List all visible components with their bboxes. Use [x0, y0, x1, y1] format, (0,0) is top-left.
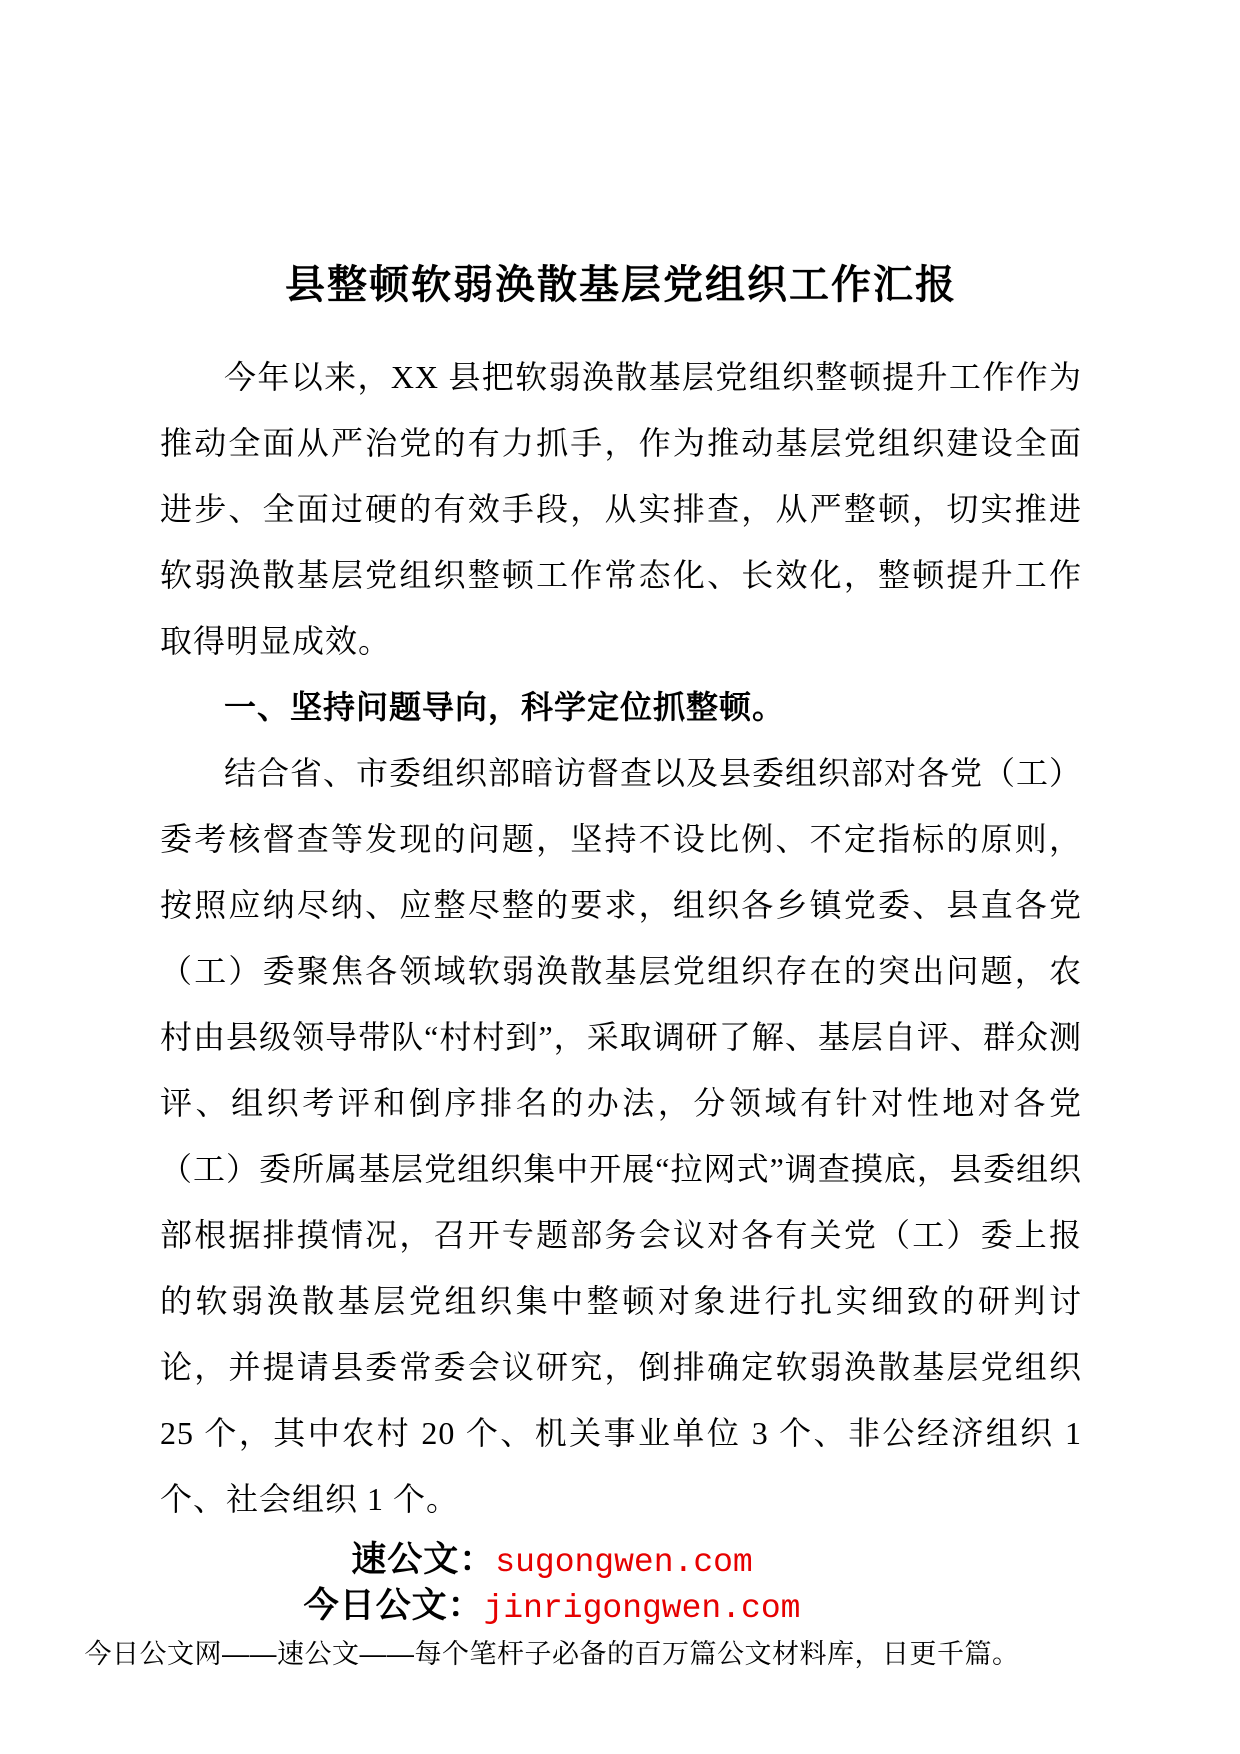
- sugongwen-label: 速公文：: [351, 1540, 495, 1579]
- document-page: 县整顿软弱涣散基层党组织工作汇报 今年以来，XX 县把软弱涣散基层党组织整顿提升…: [0, 0, 1240, 1754]
- paragraph-intro: 今年以来，XX 县把软弱涣散基层党组织整顿提升工作作为推动全面从严治党的有力抓手…: [160, 344, 1082, 674]
- sugongwen-link[interactable]: sugongwen.com: [495, 1544, 752, 1581]
- section-heading-1: 一、坚持问题导向，科学定位抓整顿。: [160, 674, 1082, 740]
- footer-site-line-jinrigongwen: 今日公文：jinrigongwen.com: [0, 1584, 1104, 1630]
- document-body: 县整顿软弱涣散基层党组织工作汇报 今年以来，XX 县把软弱涣散基层党组织整顿提升…: [160, 262, 1082, 1532]
- paragraph-section-1: 结合省、市委组织部暗访督查以及县委组织部对各党（工）委考核督查等发现的问题，坚持…: [160, 740, 1082, 1532]
- jinrigongwen-label: 今日公文：: [304, 1586, 484, 1625]
- footer-tagline: 今日公文网——速公文——每个笔杆子必备的百万篇公文材料库，日更千篇。: [0, 1635, 1104, 1673]
- footer-watermark: 速公文：sugongwen.com 今日公文：jinrigongwen.com …: [0, 1538, 1104, 1673]
- footer-site-line-sugongwen: 速公文：sugongwen.com: [0, 1538, 1104, 1584]
- document-title: 县整顿软弱涣散基层党组织工作汇报: [160, 262, 1082, 308]
- jinrigongwen-link[interactable]: jinrigongwen.com: [484, 1590, 801, 1627]
